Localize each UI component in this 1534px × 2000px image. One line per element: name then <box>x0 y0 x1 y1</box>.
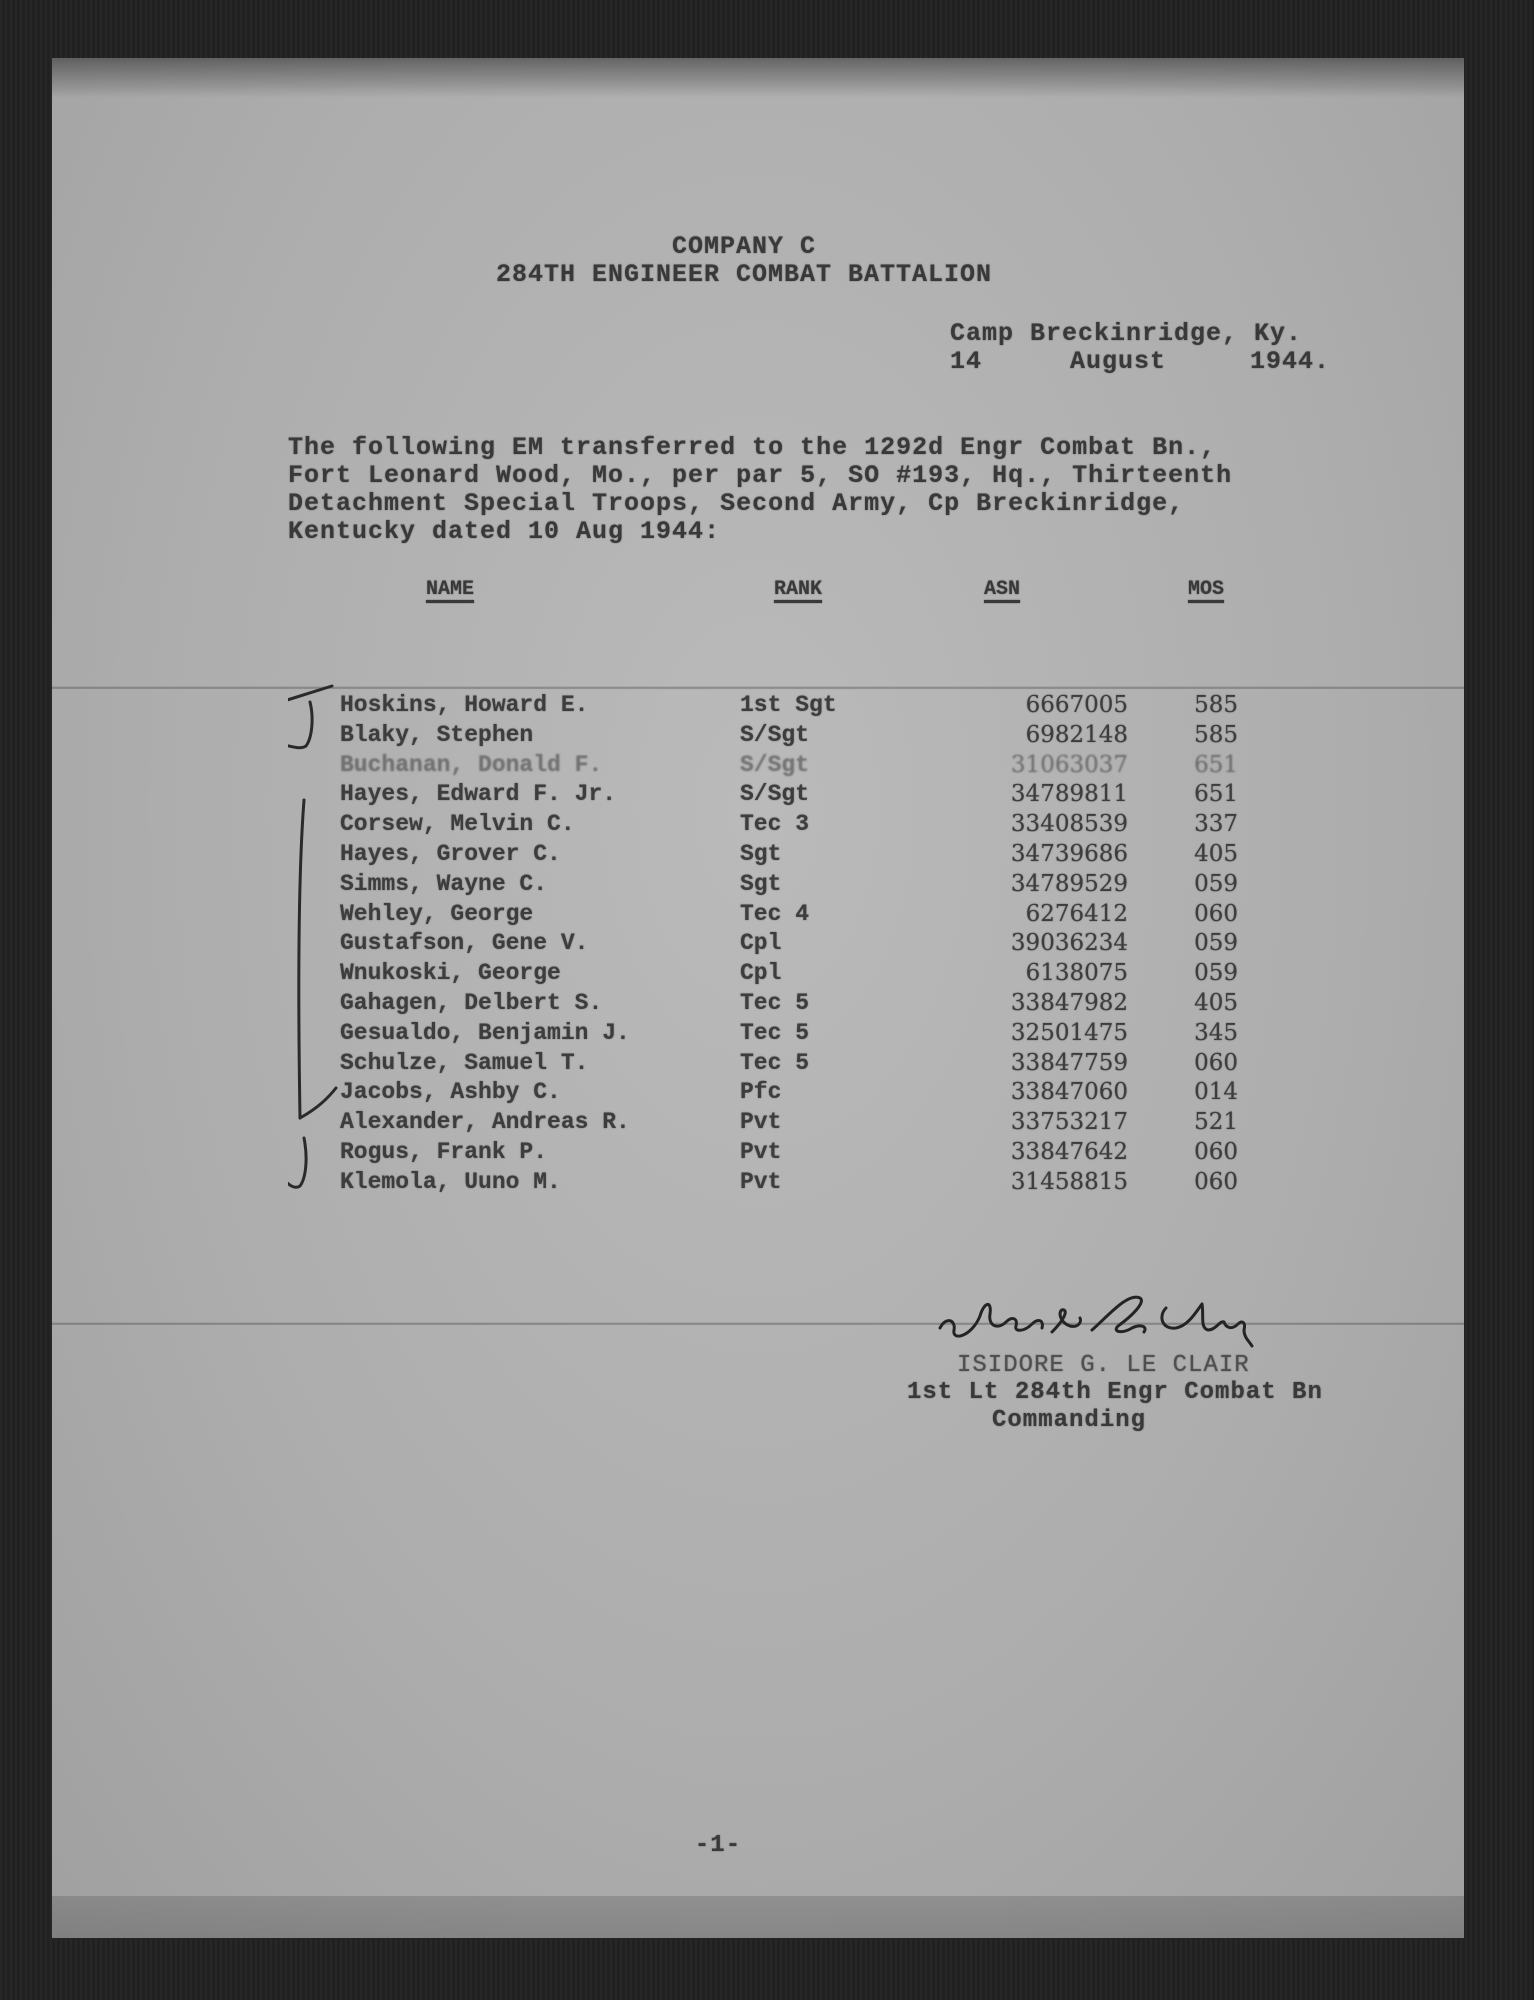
column-header-asn: ASN <box>984 578 1020 601</box>
document-page: COMPANY C 284TH ENGINEER COMBAT BATTALIO… <box>52 58 1464 1938</box>
cell-asn: 39036234 <box>928 930 1128 956</box>
cell-rank: Pvt <box>740 1139 781 1165</box>
cell-mos: 059 <box>1178 960 1238 986</box>
cell-name: Simms, Wayne C. <box>340 871 547 897</box>
cell-mos: 059 <box>1178 871 1238 897</box>
cell-asn: 31458815 <box>928 1169 1128 1195</box>
cell-name: Hayes, Grover C. <box>340 841 561 867</box>
table-row: Rogus, Frank P.Pvt33847642060 <box>288 1139 1288 1169</box>
cell-asn: 34739686 <box>928 841 1128 867</box>
page-bottom-shadow <box>52 1896 1464 1938</box>
table-row: Hayes, Grover C.Sgt34739686405 <box>288 841 1288 871</box>
paragraph-line: Kentucky dated 10 Aug 1944: <box>288 518 1232 546</box>
cell-asn: 6982148 <box>928 722 1128 748</box>
cell-mos: 014 <box>1178 1079 1238 1105</box>
cell-name: Wehley, George <box>340 901 533 927</box>
cell-rank: Tec 5 <box>740 990 809 1016</box>
cell-name: Jacobs, Ashby C. <box>340 1079 561 1105</box>
table-row: Gustafson, Gene V.Cpl39036234059 <box>288 930 1288 960</box>
fold-line <box>52 686 1464 690</box>
cell-rank: Pfc <box>740 1079 781 1105</box>
company-heading: COMPANY C <box>38 232 1450 261</box>
cell-mos: 060 <box>1178 901 1238 927</box>
page-number: -1- <box>12 1832 1424 1859</box>
cell-rank: Tec 5 <box>740 1020 809 1046</box>
table-row: Jacobs, Ashby C.Pfc33847060014 <box>288 1079 1288 1109</box>
table-row: Wnukoski, GeorgeCpl6138075059 <box>288 960 1288 990</box>
cell-asn: 33847642 <box>928 1139 1128 1165</box>
cell-mos: 651 <box>1178 752 1238 778</box>
place-line: Camp Breckinridge, Ky. <box>950 320 1302 348</box>
cell-name: Gesualdo, Benjamin J. <box>340 1020 630 1046</box>
table-row: Hayes, Edward F. Jr.S/Sgt34789811651 <box>288 781 1288 811</box>
cell-mos: 345 <box>1178 1020 1238 1046</box>
table-row: Klemola, Uuno M.Pvt31458815060 <box>288 1169 1288 1199</box>
signer-typed-name: ISIDORE G. LE CLAIR <box>957 1352 1250 1379</box>
cell-mos: 059 <box>1178 930 1238 956</box>
battalion-heading: 284TH ENGINEER COMBAT BATTALION <box>38 260 1450 289</box>
cell-asn: 33408539 <box>928 811 1128 837</box>
cell-name: Hayes, Edward F. Jr. <box>340 781 616 807</box>
cell-name: Gustafson, Gene V. <box>340 930 588 956</box>
cell-name: Blaky, Stephen <box>340 722 533 748</box>
cell-name: Corsew, Melvin C. <box>340 811 575 837</box>
paragraph-line: Fort Leonard Wood, Mo., per par 5, SO #1… <box>288 462 1232 490</box>
cell-rank: S/Sgt <box>740 752 809 778</box>
column-header-mos: MOS <box>1188 578 1224 601</box>
paragraph-line: The following EM transferred to the 1292… <box>288 434 1232 462</box>
scanned-document: COMPANY C 284TH ENGINEER COMBAT BATTALIO… <box>0 0 1534 2000</box>
cell-asn: 32501475 <box>928 1020 1128 1046</box>
cell-asn: 34789529 <box>928 871 1128 897</box>
table-row: Gahagen, Delbert S.Tec 533847982405 <box>288 990 1288 1020</box>
cell-rank: Cpl <box>740 930 781 956</box>
cell-mos: 521 <box>1178 1109 1238 1135</box>
table-row: Blaky, StephenS/Sgt6982148585 <box>288 722 1288 752</box>
cell-mos: 405 <box>1178 841 1238 867</box>
table-row: Corsew, Melvin C.Tec 333408539337 <box>288 811 1288 841</box>
cell-rank: Tec 5 <box>740 1050 809 1076</box>
cell-mos: 405 <box>1178 990 1238 1016</box>
date-year: 1944. <box>1250 348 1330 376</box>
transfer-paragraph: The following EM transferred to the 1292… <box>288 434 1232 546</box>
table-row: Simms, Wayne C.Sgt34789529059 <box>288 871 1288 901</box>
cell-asn: 33847982 <box>928 990 1128 1016</box>
date-month: August <box>1070 348 1166 376</box>
paragraph-line: Detachment Special Troops, Second Army, … <box>288 490 1232 518</box>
cell-name: Alexander, Andreas R. <box>340 1109 630 1135</box>
column-header-name: NAME <box>426 578 474 601</box>
cell-name: Buchanan, Donald F. <box>340 752 602 778</box>
cell-asn: 6276412 <box>928 901 1128 927</box>
cell-rank: 1st Sgt <box>740 692 837 718</box>
cell-rank: Tec 3 <box>740 811 809 837</box>
cell-asn: 33753217 <box>928 1109 1128 1135</box>
cell-rank: Sgt <box>740 841 781 867</box>
table-row: Wehley, GeorgeTec 46276412060 <box>288 901 1288 931</box>
cell-rank: S/Sgt <box>740 781 809 807</box>
cell-mos: 060 <box>1178 1169 1238 1195</box>
table-row: Hoskins, Howard E.1st Sgt6667005585 <box>288 692 1288 722</box>
cell-name: Gahagen, Delbert S. <box>340 990 602 1016</box>
signer-role: Commanding <box>992 1407 1146 1434</box>
cell-mos: 585 <box>1178 692 1238 718</box>
cell-asn: 31063037 <box>928 752 1128 778</box>
handwritten-signature-icon: Isidore G Le Clair <box>932 1286 1312 1356</box>
cell-rank: Tec 4 <box>740 901 809 927</box>
cell-mos: 060 <box>1178 1050 1238 1076</box>
table-row: Buchanan, Donald F.S/Sgt31063037651 <box>288 752 1288 782</box>
cell-rank: Sgt <box>740 871 781 897</box>
cell-rank: Pvt <box>740 1109 781 1135</box>
cell-asn: 34789811 <box>928 781 1128 807</box>
cell-name: Hoskins, Howard E. <box>340 692 588 718</box>
cell-rank: S/Sgt <box>740 722 809 748</box>
date-day: 14 <box>950 348 982 376</box>
table-row: Alexander, Andreas R.Pvt33753217521 <box>288 1109 1288 1139</box>
cell-name: Schulze, Samuel T. <box>340 1050 588 1076</box>
cell-mos: 337 <box>1178 811 1238 837</box>
table-row: Schulze, Samuel T.Tec 533847759060 <box>288 1050 1288 1080</box>
cell-rank: Pvt <box>740 1169 781 1195</box>
table-row: Gesualdo, Benjamin J.Tec 532501475345 <box>288 1020 1288 1050</box>
cell-mos: 585 <box>1178 722 1238 748</box>
cell-mos: 651 <box>1178 781 1238 807</box>
cell-asn: 33847759 <box>928 1050 1128 1076</box>
cell-name: Klemola, Uuno M. <box>340 1169 561 1195</box>
cell-asn: 6667005 <box>928 692 1128 718</box>
cell-name: Wnukoski, George <box>340 960 561 986</box>
personnel-rows: Hoskins, Howard E.1st Sgt6667005585 Blak… <box>288 692 1288 1199</box>
cell-asn: 6138075 <box>928 960 1128 986</box>
cell-name: Rogus, Frank P. <box>340 1139 547 1165</box>
cell-mos: 060 <box>1178 1139 1238 1165</box>
cell-asn: 33847060 <box>928 1079 1128 1105</box>
signer-title: 1st Lt 284th Engr Combat Bn <box>907 1379 1323 1406</box>
cell-rank: Cpl <box>740 960 781 986</box>
column-header-rank: RANK <box>774 578 822 601</box>
